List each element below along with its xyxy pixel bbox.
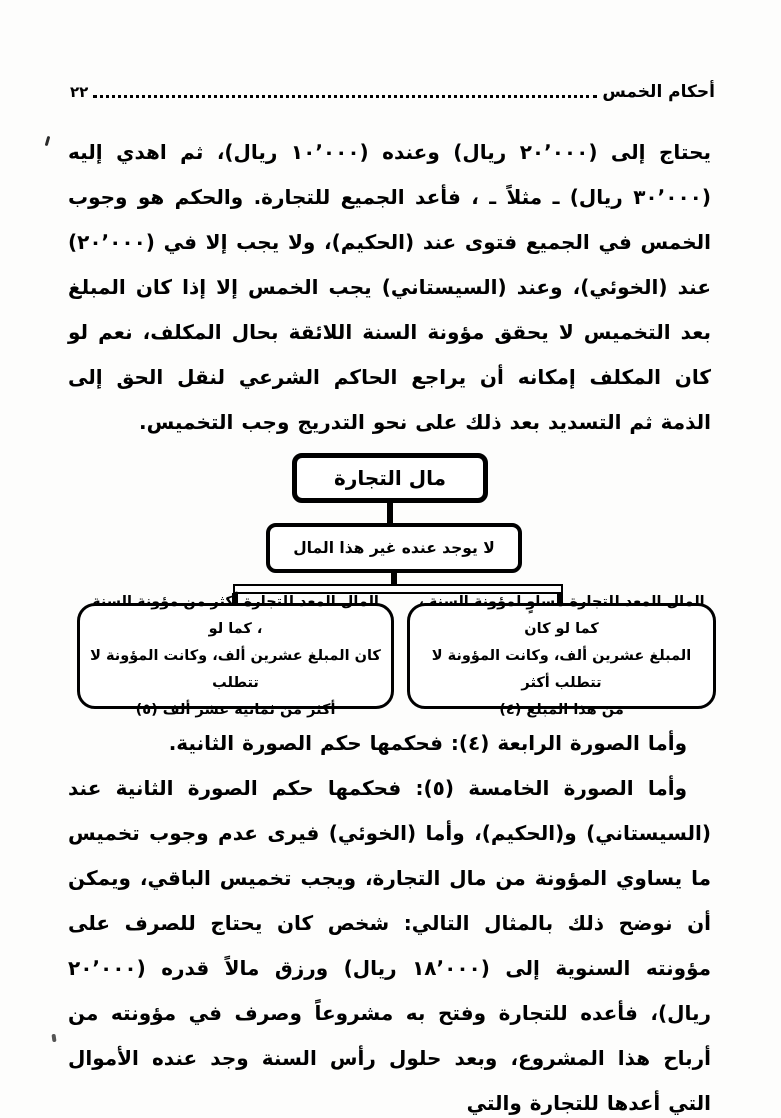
flowchart-condition-label: لا يوجد عنده غير هذا المال — [293, 539, 495, 557]
trade-money-flowchart: مال التجارة لا يوجد عنده غير هذا المال ا… — [0, 451, 781, 713]
paragraph-continuation: يحتاج إلى (٢٠٬٠٠٠ ريال) وعنده (١٠٬٠٠٠ ري… — [68, 130, 711, 445]
flowchart-case-four-box: المال المعد للتجارة مساوٍ لمؤونة السنة ،… — [407, 603, 716, 709]
dotted-leader — [93, 95, 597, 98]
case-four-line: من هذا المبلغ (٤) — [499, 697, 624, 724]
book-title: أحكام الخمس — [602, 82, 715, 102]
page-header: أحكام الخمس ٢٢ — [70, 82, 715, 102]
paragraph-case-five: وأما الصورة الخامسة (٥): فحكمها حكم الصو… — [68, 766, 711, 1118]
case-five-line: المال المعد للتجارة أكثر من مؤونة السنة … — [88, 589, 383, 643]
flowchart-root-box: مال التجارة — [292, 453, 488, 503]
paragraph-case-four: وأما الصورة الرابعة (٤): فحكمها حكم الصو… — [68, 721, 711, 766]
case-four-line: المال المعد للتجارة مساوٍ لمؤونة السنة ،… — [418, 589, 705, 643]
case-five-line: أكثر من ثمانية عشر ألف (٥) — [136, 697, 336, 724]
flowchart-root-label: مال التجارة — [334, 466, 446, 490]
scan-mark — [45, 136, 51, 146]
case-four-line: المبلغ عشرين ألف، وكانت المؤونة لا تتطلب… — [418, 643, 705, 697]
case-five-line: كان المبلغ عشرين ألف، وكانت المؤونة لا ت… — [88, 643, 383, 697]
scan-mark — [51, 1034, 56, 1042]
page-number: ٢٢ — [70, 83, 88, 102]
book-page: أحكام الخمس ٢٢ يحتاج إلى (٢٠٬٠٠٠ ريال) و… — [0, 0, 781, 1118]
flowchart-case-five-box: المال المعد للتجارة أكثر من مؤونة السنة … — [77, 603, 394, 709]
connector-root-to-condition — [387, 503, 393, 523]
flowchart-condition-box: لا يوجد عنده غير هذا المال — [266, 523, 522, 573]
